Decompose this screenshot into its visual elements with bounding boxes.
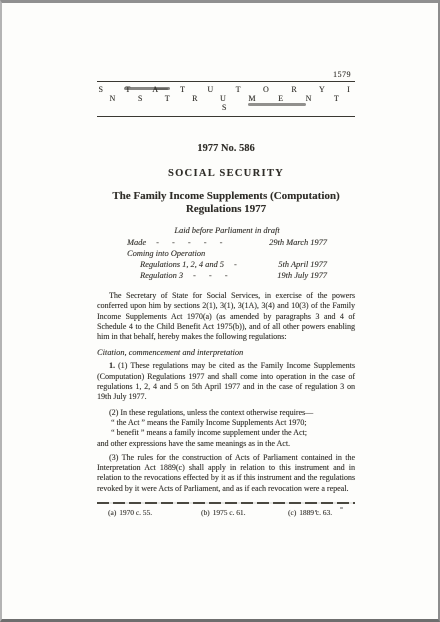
regulation-1-number: 1.: [109, 361, 115, 370]
category-heading: SOCIAL SECURITY: [97, 168, 355, 179]
footnote-a-label: (a): [108, 508, 116, 517]
instrument-number: 1977 No. 586: [97, 143, 355, 154]
coming-into-operation-row: Coming into Operation: [127, 248, 327, 259]
definition-benefit: “ benefit ” means a family income supple…: [111, 428, 355, 438]
footnote-b: (b)1975 c. 61.: [201, 508, 245, 517]
footnote-b-text: 1975 c. 61.: [213, 508, 246, 517]
regulation-1-paragraph-2-intro: (2) In these regulations, unless the con…: [97, 408, 355, 418]
print-area: 1579 S T A T U T O R Y I N S T R U M E N…: [97, 3, 355, 518]
regulation-3-dashes: - - -: [193, 270, 247, 281]
scan-speck: [315, 510, 317, 512]
regulation-3-date: 19th July 1977: [247, 270, 327, 281]
regulations-1-2-4-5-dashes: -: [234, 259, 247, 270]
footnote-b-label: (b): [201, 508, 210, 517]
made-row: Made - - - - - 29th March 1977: [127, 237, 327, 248]
footnote-a: (a)1970 c. 55.: [108, 508, 152, 517]
footnote-c: (c)1889 c. 63.: [288, 508, 332, 517]
header-rule-bottom: [97, 116, 355, 117]
scan-speck: [340, 507, 343, 509]
scan-smudge: [154, 88, 168, 90]
definitions-list: “ the Act ” means the Family Income Supp…: [97, 418, 355, 439]
regulation-1-paragraph-2-outro: and other expressions have the same mean…: [97, 439, 355, 449]
page-number: 1579: [97, 3, 355, 79]
document-title: The Family Income Supplements (Computati…: [97, 190, 355, 216]
regulation-1-paragraph-3: (3) The rules for the construction of Ac…: [97, 453, 355, 494]
regulations-1-2-4-5-row: Regulations 1, 2, 4 and 5 - 5th April 19…: [127, 259, 327, 270]
preamble-paragraph: The Secretary of State for Social Servic…: [97, 291, 355, 342]
footnote-c-label: (c): [288, 508, 296, 517]
laid-before-parliament-caption: Laid before Parliament in draft: [127, 225, 327, 236]
footnote-rule: [97, 502, 355, 504]
scanned-document-page: 1579 S T A T U T O R Y I N S T R U M E N…: [0, 0, 440, 622]
regulation-1-paragraph-1-text: (1) These regulations may be cited as th…: [97, 361, 355, 401]
regulations-1-2-4-5-date: 5th April 1977: [247, 259, 327, 270]
regulation-1-paragraph-1: 1.(1) These regulations may be cited as …: [97, 361, 355, 402]
scan-smudge: [248, 103, 306, 106]
made-label: Made: [127, 237, 146, 248]
regulation-3-label: Regulation 3: [140, 270, 183, 281]
regulations-1-2-4-5-label: Regulations 1, 2, 4 and 5: [140, 259, 224, 270]
coming-into-operation-label: Coming into Operation: [127, 248, 205, 259]
made-dashes: - - - - -: [156, 237, 247, 248]
document-title-line-2: Regulations 1977: [97, 203, 355, 216]
dates-block: Laid before Parliament in draft Made - -…: [127, 225, 327, 281]
regulation-3-row: Regulation 3 - - - 19th July 1977: [127, 270, 327, 281]
section-heading: Citation, commencement and interpretatio…: [97, 348, 355, 357]
made-date: 29th March 1977: [247, 237, 327, 248]
footnote-a-text: 1970 c. 55.: [119, 508, 152, 517]
definition-the-act: “ the Act ” means the Family Income Supp…: [111, 418, 355, 428]
document-title-line-1: The Family Income Supplements (Computati…: [97, 190, 355, 203]
